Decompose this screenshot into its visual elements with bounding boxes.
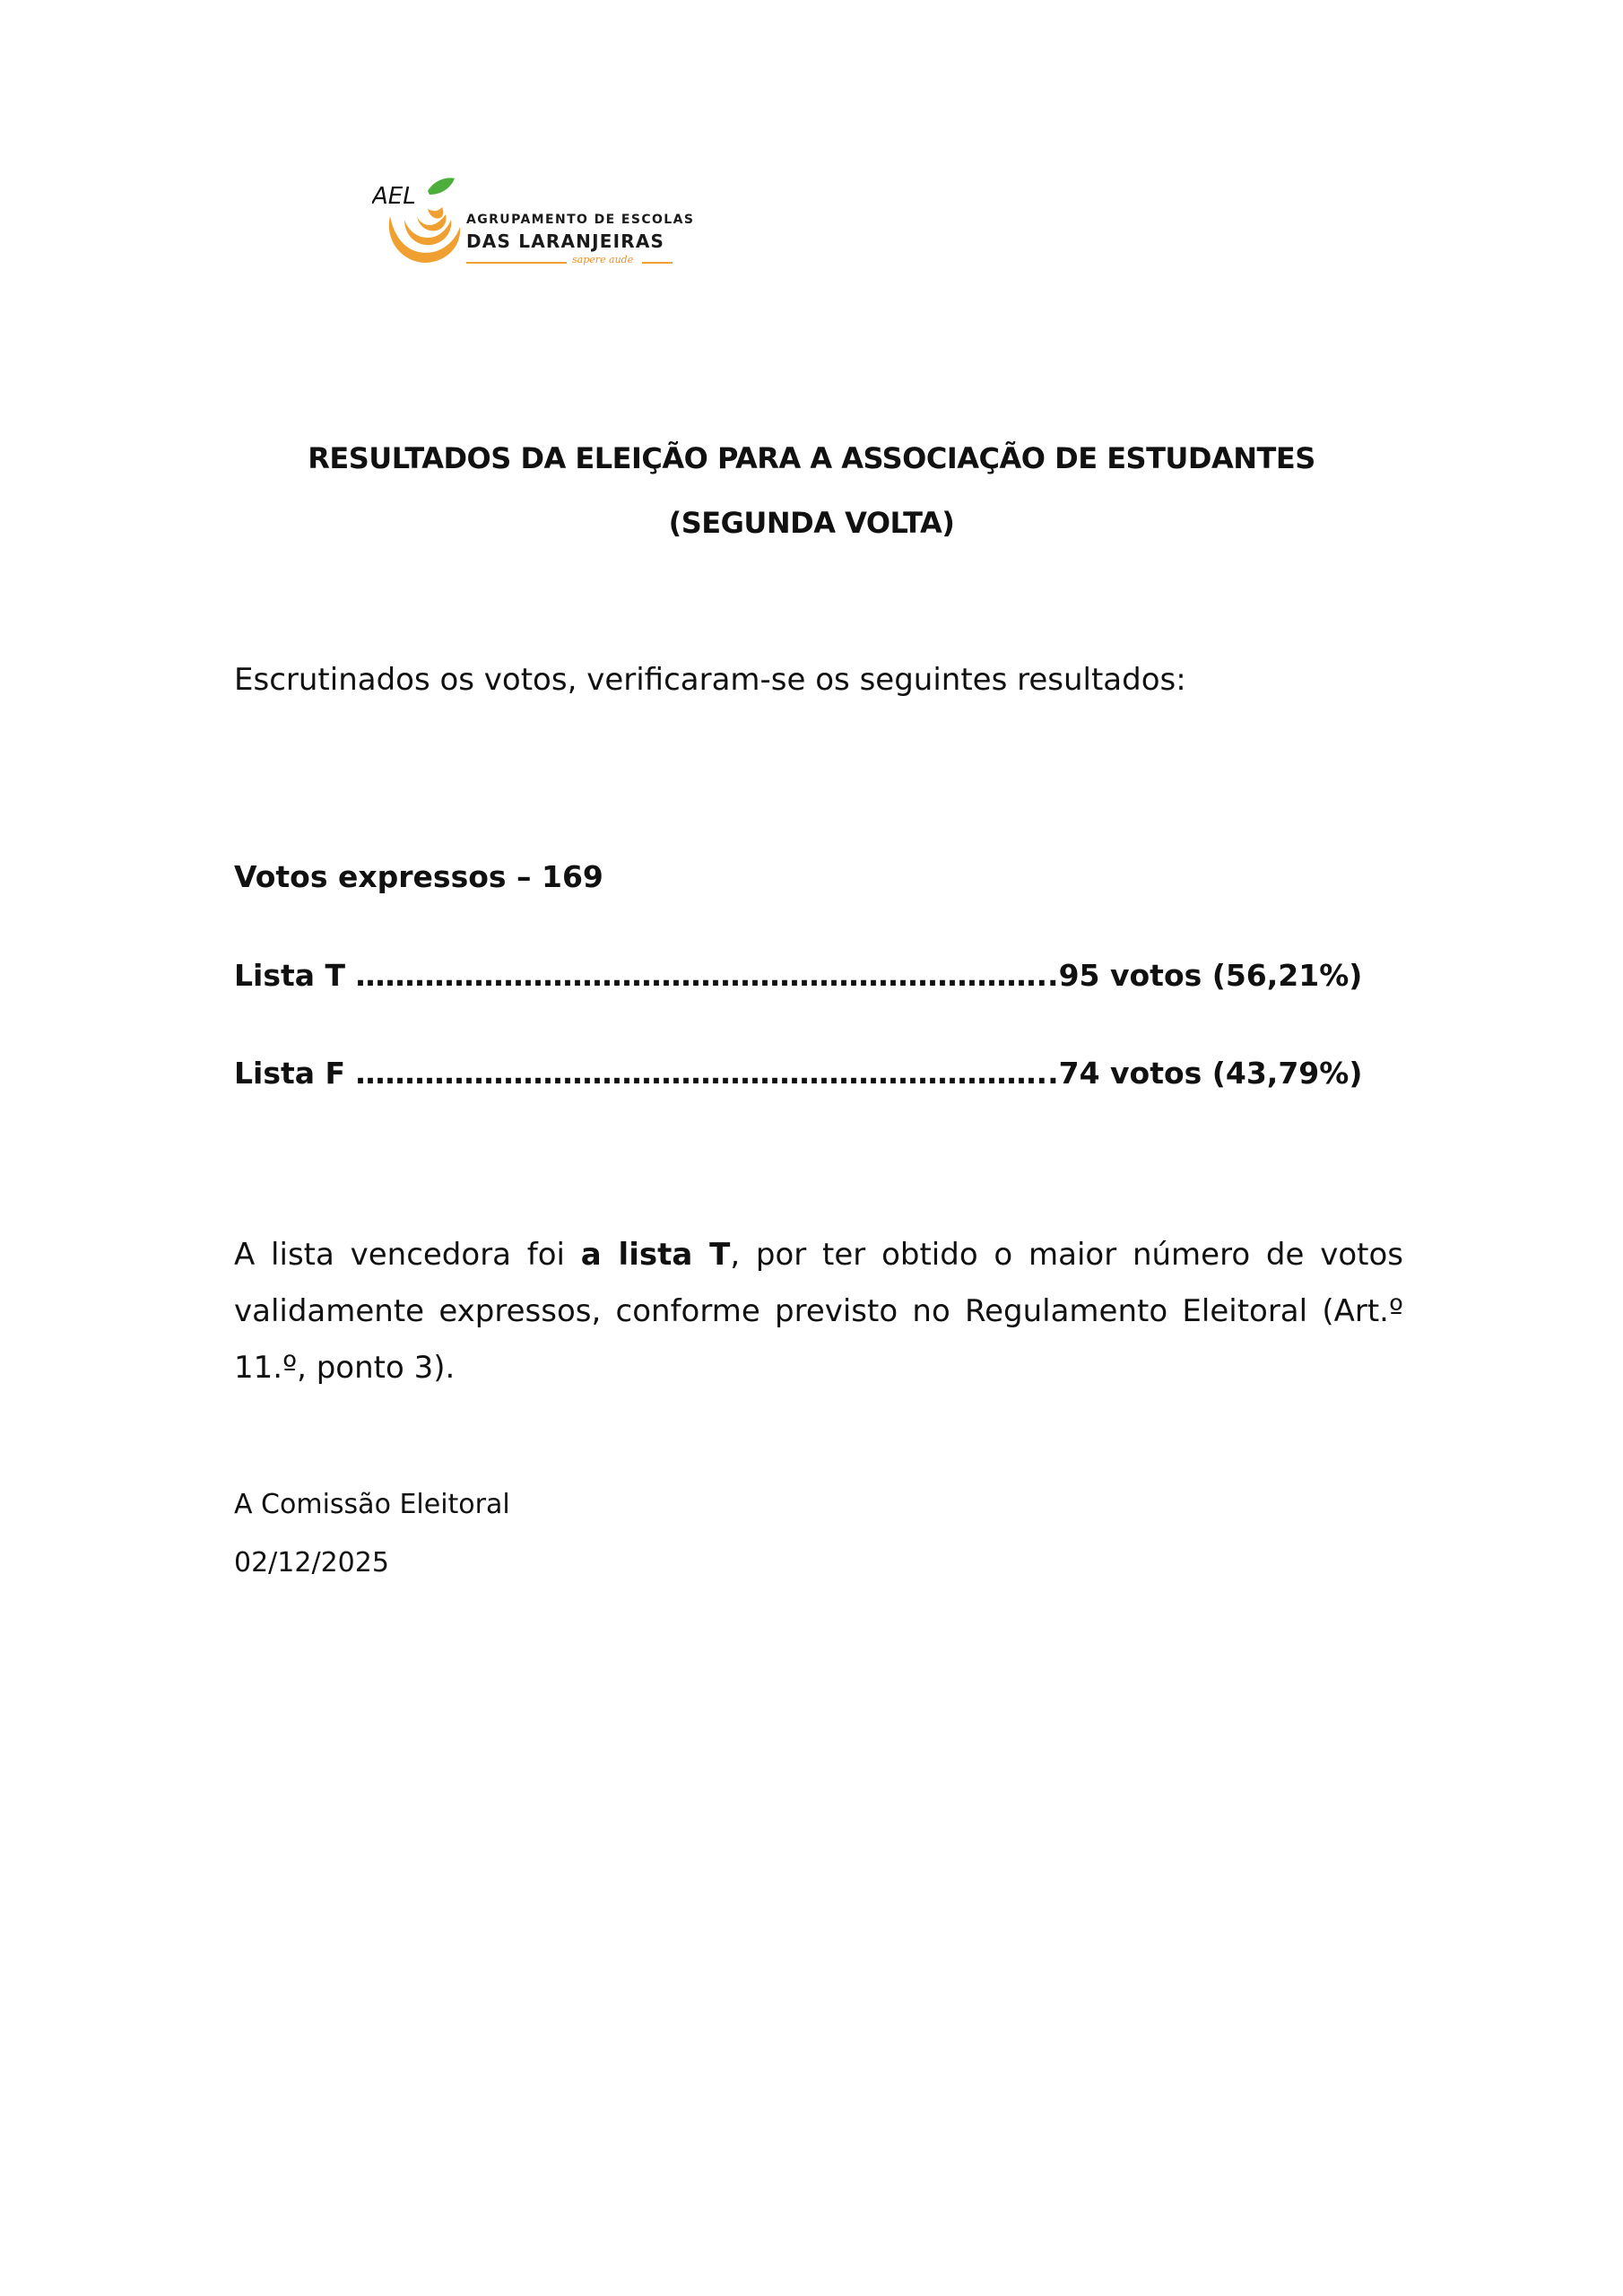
result-lista-t: Lista T ……………………………………………………………..95 voto… xyxy=(234,958,1362,993)
motto-text: sapere aude xyxy=(572,254,633,265)
signature-author: A Comissão Eleitoral xyxy=(234,1489,510,1520)
motto-divider-left xyxy=(466,262,567,264)
intro-text: Escrutinados os votos, verificaram-se os… xyxy=(234,662,1186,698)
conclusion-before: A lista vencedora foi xyxy=(234,1237,581,1273)
conclusion-paragraph: A lista vencedora foi a lista T, por ter… xyxy=(234,1227,1403,1396)
logo-motto: sapere aude xyxy=(466,256,673,268)
logo-org-line1: AGRUPAMENTO DE ESCOLAS xyxy=(466,213,694,227)
signature-date: 02/12/2025 xyxy=(234,1547,389,1578)
result-lista-f: Lista F ……………………………………………………………..74 voto… xyxy=(234,1056,1362,1091)
page-subtitle: (SEGUNDA VOLTA) xyxy=(0,506,1623,540)
school-logo: AEL AGRUPAMENTO DE ESCOLAS DAS LARANJEIR… xyxy=(372,175,677,274)
motto-divider-right xyxy=(642,262,673,264)
logo-org-line2: DAS LARANJEIRAS xyxy=(466,230,664,252)
total-votes: Votos expressos – 169 xyxy=(234,859,603,894)
page-title: RESULTADOS DA ELEIÇÃO PARA A ASSOCIAÇÃO … xyxy=(0,441,1623,475)
svg-text:AEL: AEL xyxy=(372,183,416,210)
winner-emphasis: a lista T xyxy=(581,1237,731,1273)
orange-swirl-icon: AEL xyxy=(372,175,471,274)
